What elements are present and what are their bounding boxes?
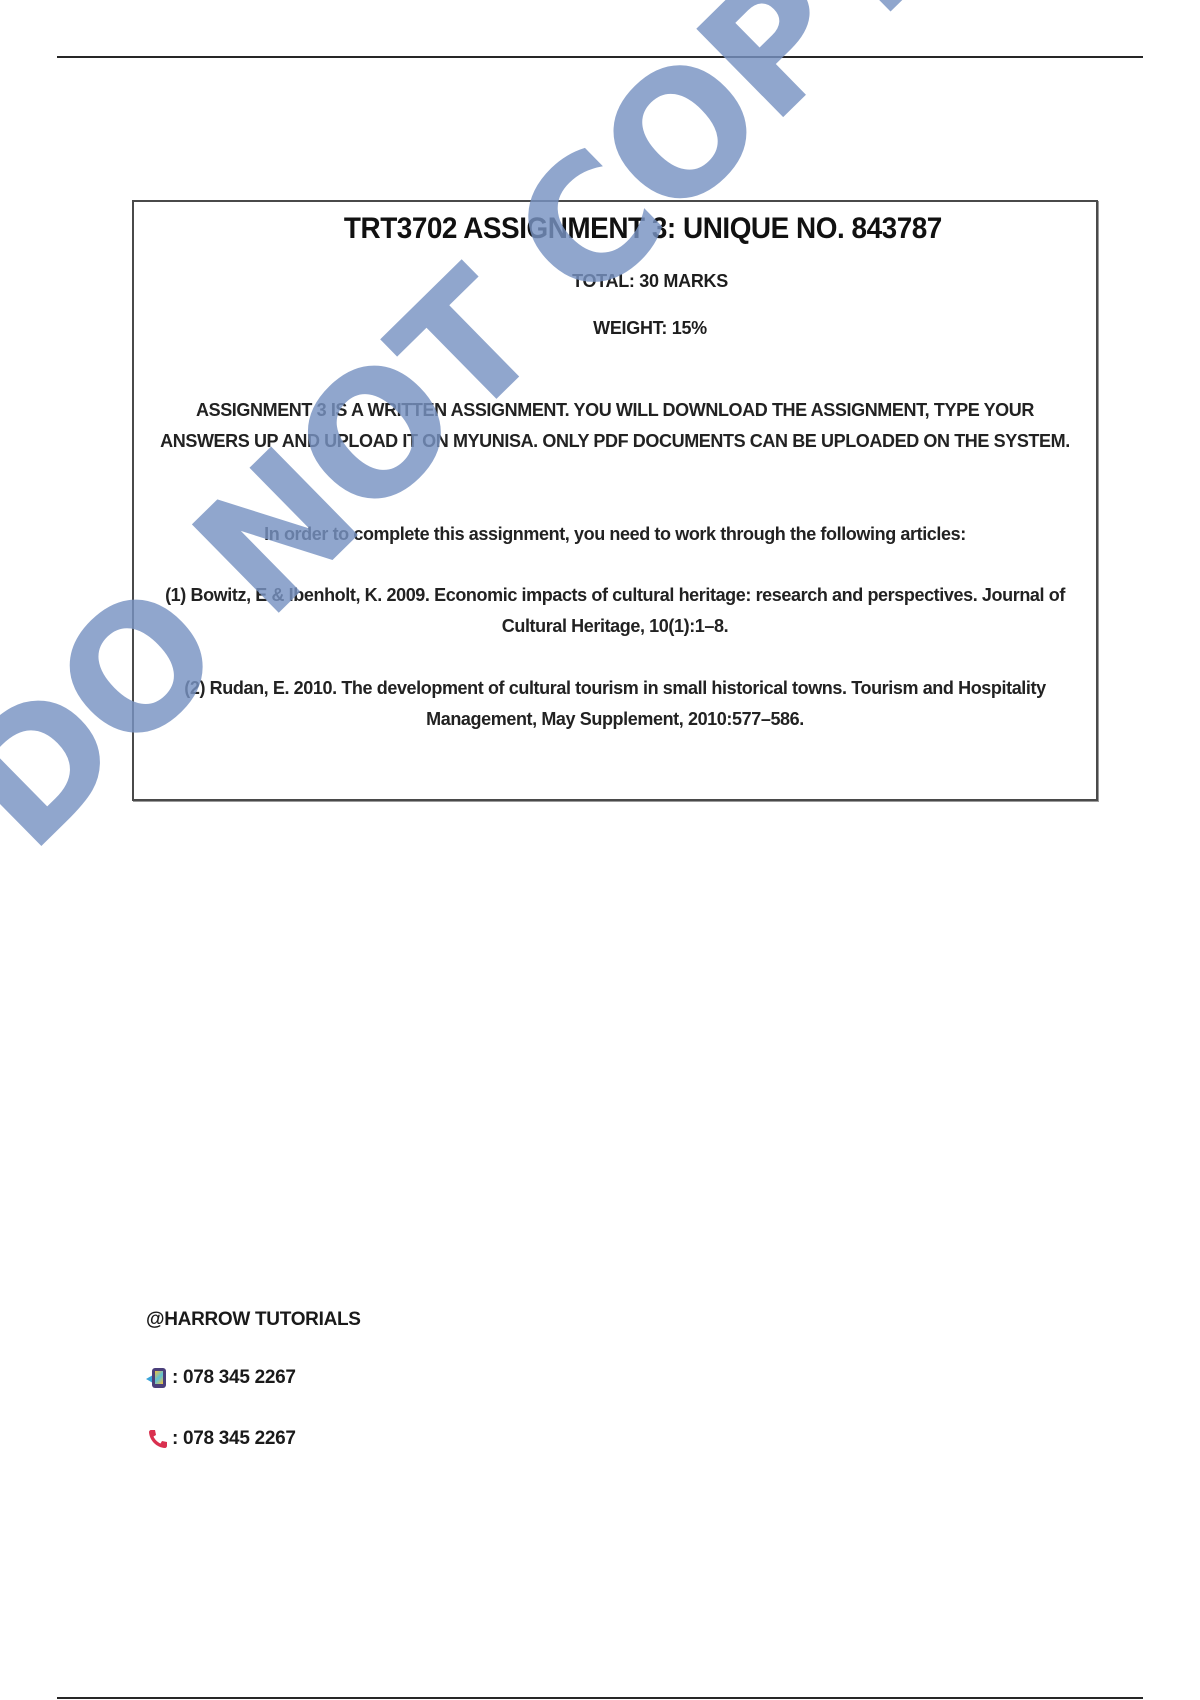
contact-mobile-row: : 078 345 2267 bbox=[146, 1366, 296, 1390]
assignment-info-box: TRT3702 ASSIGNMENT 3: UNIQUE NO. 843787 … bbox=[132, 200, 1098, 801]
total-marks: TOTAL: 30 MARKS bbox=[134, 271, 1096, 292]
assignment-title: TRT3702 ASSIGNMENT 3: UNIQUE NO. 843787 bbox=[168, 212, 1063, 246]
phone-call-icon bbox=[146, 1427, 170, 1451]
contact-phone-row: : 078 345 2267 bbox=[146, 1427, 296, 1451]
assignment-instructions: ASSIGNMENT 3 IS A WRITTEN ASSIGNMENT. YO… bbox=[152, 395, 1078, 457]
mobile-message-icon bbox=[146, 1366, 170, 1390]
phone-number: : 078 345 2267 bbox=[172, 1428, 296, 1450]
footer-rule bbox=[57, 1697, 1143, 1699]
mobile-number: : 078 345 2267 bbox=[172, 1367, 296, 1389]
organization-name: @HARROW TUTORIALS bbox=[146, 1309, 361, 1331]
header-rule bbox=[57, 56, 1143, 58]
reference-2: (2) Rudan, E. 2010. The development of c… bbox=[152, 673, 1078, 735]
weight: WEIGHT: 15% bbox=[134, 318, 1096, 339]
articles-intro: In order to complete this assignment, yo… bbox=[152, 519, 1078, 550]
reference-1: (1) Bowitz, E & Ibenholt, K. 2009. Econo… bbox=[152, 580, 1078, 642]
